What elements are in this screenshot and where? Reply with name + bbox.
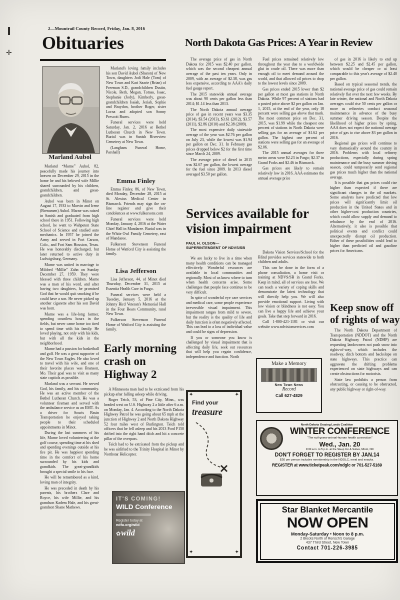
vision-headline: Services available for vision impairment (186, 206, 309, 236)
make-a-memory-ad: Make a Memory New Town News Record Call … (256, 358, 322, 413)
winter-details: 9:30 a.m. to 5 p.m. at the Sleep Inn & S… (286, 448, 395, 451)
paragraph: During the last summers of his life, Mar… (40, 431, 99, 474)
snow-headline-line1: Keep snow off (330, 303, 400, 315)
classifieds-treasure-ad: ✦ ✦ ✦ ✦ Find your treasure (186, 390, 242, 558)
star-contact: Contact 701-226-3985 (296, 545, 357, 551)
paragraph: State law prohibits a person from obstru… (330, 377, 397, 391)
paragraph: Roger Teich, 53, of Pine City, Minn., wa… (104, 398, 184, 441)
gas-article-col1: The average price of gas in North Dakota… (186, 57, 252, 203)
wild-logo: ✿wild (116, 529, 135, 538)
wild-url-text: ndfu.org/wild (116, 523, 140, 528)
folio-line: 2—Mountrail County Record, Friday, Jan. … (48, 26, 228, 31)
crash-article-body: A Minnesota man had to be extricated fro… (104, 387, 184, 489)
paragraph: The North Dakota annual average price of… (186, 107, 252, 126)
gas-article-col1-text: The average price of gas in North Dakota… (186, 57, 252, 177)
paragraph: A Minnesota man had to be extricated fro… (104, 387, 184, 397)
star-ad-title: Star Blanket Mercantile (281, 505, 372, 515)
paragraph: Emma Finley, 86, of New Town, died Monda… (106, 187, 166, 216)
gas-article-headline: North Dakota Gas Prices: A Year in Revie… (185, 37, 372, 49)
paragraph: The most expensive daily statewide avera… (186, 128, 252, 157)
paragraph: of gas in 2016 is likely to end up betwe… (330, 57, 397, 81)
paragraph: Call 1-800-421-1181 or visit our website… (258, 320, 324, 330)
paragraph: Marland was a servant. He served God, hi… (40, 381, 99, 429)
winter-date: Wed., Jan. 20 (286, 440, 395, 448)
newspaper-page: ✛ 2—Mountrail County Record, Friday, Jan… (0, 0, 400, 600)
crash-article-text: A Minnesota man had to be extricated fro… (104, 387, 184, 457)
paragraph: Funeral services were held a Tuesday, Ja… (106, 292, 166, 316)
portrait-illustration (43, 67, 99, 153)
snow-article-body: The North Dakota Department of Transport… (330, 328, 397, 418)
winter-conference-ad: North Dakota Grazing Lands Coalition WIN… (256, 420, 398, 496)
compass-icon: ✦ (189, 392, 193, 398)
paragraph: He will be remembered as a kind, loving … (40, 475, 99, 485)
marland-obit-name: Marland Aubol (42, 154, 98, 161)
paragraph: Teich had to be extricated from the pick… (104, 442, 184, 456)
paragraph: We are lucky to live in a time when many… (186, 256, 252, 295)
snow-headline-line2: of rights of way (330, 315, 400, 327)
group-photo (261, 368, 317, 382)
emma-obit-name: Emma Finley (106, 177, 166, 185)
wild-flower-icon: ✿ (116, 531, 121, 538)
gas-article-col3-text: of gas in 2016 is likely to end up betwe… (330, 57, 397, 253)
lisa-obit-text: Lisa Jefferson, 44, of Minot died Thursd… (106, 277, 166, 332)
gas-article-col2-text: Fuel prices remained relatively low thro… (258, 57, 324, 181)
margin-tick-mark (8, 27, 10, 35)
vision-headline-line2: vision impairment (186, 221, 309, 236)
illegible-text-line (116, 514, 151, 517)
winter-register-info: REGISTER at www.ticketpeak.com/ndglc or … (260, 462, 394, 467)
marland-obit-col1: Marland “Marne” Aubol, 82, peacefully ma… (40, 164, 99, 560)
star-ad-inner-border: Star Blanket Mercantile NOW OPEN Monday-… (260, 503, 395, 560)
paragraph: Marland “Marne” Aubol, 82, peacefully ma… (40, 164, 99, 198)
paragraph: Gas prices are likely to remain relative… (258, 166, 324, 180)
paragraph: Based on typical seasonal trends, the na… (330, 82, 397, 140)
compass-icon: ✦ (235, 392, 239, 398)
paragraph: Fulkerson Stevenson Funeral Home of Watf… (106, 242, 166, 256)
paragraph: It is possible that gas prices could ris… (330, 181, 397, 253)
paragraph: Lisa Jefferson, 44, of Minot died Thursd… (106, 277, 166, 291)
marland-obit-col1-text: Marland “Marne” Aubol, 82, peacefully ma… (40, 164, 99, 510)
wild-coming-text: IT'S COMING! (116, 496, 161, 502)
winter-price: $30 per person includes membership in th… (260, 458, 394, 461)
marland-aubol-portrait-photo (42, 66, 100, 154)
crash-headline-line3: Highway 2 (104, 369, 177, 382)
paragraph: Marne was a life-long farmer, spending c… (40, 312, 99, 346)
winter-register-by: DON'T FORGET TO REGISTER BY JAN.14 (260, 452, 394, 458)
emma-finley-obit: Emma Finley Emma Finley, 86, of New Town… (106, 172, 166, 262)
treasure-ad-line1: Find your (192, 400, 236, 406)
wild-ad-title: WILD Conference (116, 503, 172, 511)
paragraph: Aubol was born in Minot on August 17, 19… (40, 199, 99, 262)
marland-obit-col2-text: Marland's loving family includes his son… (106, 66, 166, 155)
crash-headline: Early morning crash on Highway 2 (104, 343, 177, 382)
gas-article-col3: of gas in 2016 is likely to end up betwe… (330, 57, 397, 300)
lisa-jefferson-obit: Lisa Jefferson Lisa Jefferson, 44, of Mi… (106, 262, 166, 342)
obituaries-section-title: Obituaries (42, 33, 124, 54)
treasure-map-illustration (192, 418, 238, 493)
paragraph: He was preceded in death by his parents,… (40, 486, 99, 510)
paragraph: If you or someone you know is challenged… (186, 335, 252, 359)
compass-icon: ✦ (235, 550, 239, 556)
paragraph: Fulkerson Stevenson Funeral Home of Watf… (106, 317, 166, 331)
crash-headline-line1: Early morning (104, 343, 177, 356)
treasure-ad-line2: treasure (192, 407, 236, 418)
snow-headline: Keep snow off of rights of way (330, 303, 400, 327)
paragraph: The 2015 annual averages for three metro… (258, 151, 324, 165)
vision-article-col1-text: We are lucky to live in a time when many… (186, 256, 252, 359)
paragraph: Marland's loving family includes his son… (106, 66, 166, 119)
paragraph: Fuel prices remained relatively low thro… (258, 57, 324, 86)
paragraph: The 2015 statewide annual average was ab… (186, 92, 252, 106)
paragraph: This can be done in the form of a phone … (258, 265, 324, 318)
snow-article-text: The North Dakota Department of Transport… (330, 328, 397, 392)
paragraph: The average price of gas in North Dakota… (186, 57, 252, 91)
star-location-line2: 437 Third Street, New Town (305, 541, 348, 545)
memory-phone: Call 627-4829 (276, 393, 303, 398)
paragraph: Marne had a passion for basketball and g… (40, 347, 99, 381)
paragraph: (Langhans Funeral Home, Parshall) (106, 145, 166, 155)
paragraph: Gas prices ended 2015 lower than $2 per … (258, 87, 324, 150)
wild-logo-word: wild (121, 529, 135, 538)
margin-plus-icon: ✛ (6, 49, 12, 57)
winter-tagline: “The soil-grass-animal-human health conn… (286, 436, 395, 439)
obituaries-rule (40, 59, 166, 61)
star-location-line1: 2 Blocks North of Rensch's Garage (300, 537, 355, 541)
star-now-open: NOW OPEN (286, 515, 367, 530)
paragraph: Marne was united in marriage to Mildred … (40, 263, 99, 311)
marland-obit-col2: Marland's loving family includes his son… (106, 66, 166, 172)
vision-article-col2-text: Dakota Vision Services/School for the Bl… (258, 250, 324, 329)
paragraph: In spite of wonderful eye care services … (186, 296, 252, 335)
paragraph: Funeral services were held Monday, Janua… (106, 217, 166, 241)
memory-ad-title: Make a Memory (272, 361, 307, 367)
lisa-obit-name: Lisa Jefferson (106, 267, 166, 275)
emma-obit-text: Emma Finley, 86, of New Town, died Monda… (106, 187, 166, 257)
memory-paper-name2: Record (282, 387, 296, 392)
star-blanket-ad: Star Blanket Mercantile NOW OPEN Monday-… (256, 499, 398, 563)
vision-article-col2: Dakota Vision Services/School for the Bl… (258, 250, 324, 354)
paragraph: Regional gas prices will continue to var… (330, 141, 397, 180)
paragraph: Dakota Vision Services/School for the Bl… (258, 250, 324, 264)
star-hours: Monday-Saturday • Noon to 8 p.m. (290, 531, 363, 536)
grazing-coalition-logo (260, 427, 283, 450)
paragraph: The average price of diesel in 2015 was … (186, 158, 252, 177)
gas-article-col2: Fuel prices remained relatively low thro… (258, 57, 324, 203)
winter-ad-title: WINTER CONFERENCE (286, 427, 395, 436)
paragraph: Funeral services were held Saturday, Jan… (106, 120, 166, 144)
vision-headline-line1: Services available for (186, 206, 309, 221)
paragraph: The North Dakota Department of Transport… (330, 328, 397, 376)
crash-headline-line2: crash on (104, 356, 177, 369)
vision-article-col1: We are lucky to live in a time when many… (186, 256, 252, 386)
compass-icon: ✦ (189, 550, 193, 556)
wild-conference-ad: IT'S COMING! WILD Conference Register to… (112, 491, 185, 564)
